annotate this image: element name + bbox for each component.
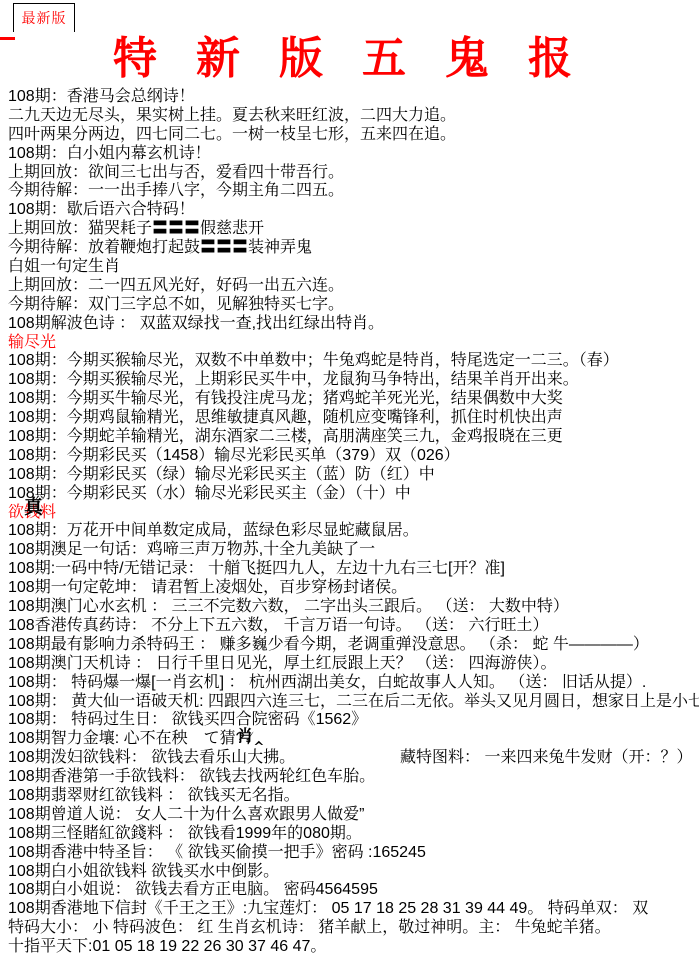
- text-line: 108期智力金壤: 心不在秧 て猜?冫: [8, 730, 261, 747]
- text-line: 108期：今期蛇羊输精光，湖东酒家二三楼，高朋满座笑三九，金鸡报晓在三更: [0, 428, 699, 447]
- text-line: 108期：今期买猴输尽光，上期彩民买牛中，龙鼠狗马争特出，结果羊肖开出来。: [0, 371, 699, 390]
- text-line: 108期澳门心水玄机 ： 三三不完数六数， 二字出头三跟后。 （送： 大数中特）: [0, 598, 699, 617]
- text-line-with-overlap: 108期智力金壤: 心不在秧 て猜?冫 肖‸: [0, 730, 699, 749]
- section-header-shujinguang: 输尽光: [0, 334, 699, 353]
- text-line: 108期：今期买牛输尽光，有钱投注虎马龙；猪鸡蛇羊死光光，结果偶数中大奖: [0, 390, 699, 409]
- text-line: 108期香港地下信封《千王之王》:九宝莲灯： 05 17 18 25 28 31…: [0, 900, 699, 919]
- text-line: 108期解波色诗 ： 双蓝双绿找一查,找出红绿出特肖。: [0, 315, 699, 334]
- text-line-left: 108期泼妇欲钱料： 欲钱去看乐山大拂。: [8, 749, 295, 766]
- text-line: 十指平天下:01 05 18 19 22 26 30 37 46 47。: [0, 938, 699, 957]
- overlapping-character: 肖‸: [237, 728, 265, 747]
- text-line: 二九天边无尽头，果实树上挂。夏去秋来旺红波，二四大力追。: [0, 107, 699, 126]
- section-header-yuqianliao: 欲钱料 真: [0, 504, 699, 523]
- overlapping-character: 真: [24, 499, 43, 518]
- text-line: 108期：万花开中间单数定成局，蓝绿色彩尽显蛇藏鼠居。: [0, 522, 699, 541]
- text-line: 108期香港第一手欲钱料： 欲钱去找两轮红色车胎。: [0, 768, 699, 787]
- text-line: 上期回放：猫哭耗子〓〓〓假慈悲开: [0, 220, 699, 239]
- text-line: 108期：今期彩民买（1458）输尽光彩民买单（379）双（026）: [0, 447, 699, 466]
- text-line: 上期回放：二一四五风光好，好码一出五六连。: [0, 277, 699, 296]
- latest-version-badge: 最新版: [13, 3, 75, 32]
- text-line: 今期待解：一一出手捧八字，今期主角二四五。: [0, 182, 699, 201]
- text-line: 108期：今期彩民买（水）输尽光彩民买主（金）（十）中: [0, 485, 699, 504]
- text-line: 108期曾道人说： 女人二十为什么喜欢跟男人做爱”: [0, 806, 699, 825]
- text-line: 108期：歇后语六合特码！: [0, 201, 699, 220]
- page-title: 特 新 版 五 鬼 报: [0, 34, 699, 84]
- text-line: 今期待解：放着鞭炮打起鼓〓〓〓装神弄鬼: [0, 239, 699, 258]
- text-line: 108期白小姐欲钱料 欲钱买水中倒影。: [0, 863, 699, 882]
- text-line: 108期：今期买猴输尽光，双数不中单数中；牛兔鸡蛇是特肖，特尾选定一二三。（春）: [0, 352, 699, 371]
- text-line: 108期：香港马会总纲诗！: [0, 88, 699, 107]
- text-line: 108香港传真药诗： 不分上下五六数， 千言万语一句诗。 （送： 六行旺土）: [0, 617, 699, 636]
- text-line: 108期三怪賭紅欲錢料 ： 欲钱看1999年的080期。: [0, 825, 699, 844]
- text-line: 108期：白小姐内幕玄机诗！: [0, 145, 699, 164]
- text-line-right: 藏特图料： 一来四来兔牛发财（开：？）: [400, 749, 692, 768]
- text-line: 108期翡翠财红欲钱料 ： 欲钱买无名指。: [0, 787, 699, 806]
- text-line: 特码大小： 小 特码波色： 红 生肖玄机诗： 猪羊献上，敬过神明。主： 牛兔蛇羊…: [0, 919, 699, 938]
- text-line: 四叶两果分两边，四七同二七。一树一枝呈七形，五来四在追。: [0, 126, 699, 145]
- text-line: 108期香港中特圣旨： 《 欲钱买偷摸一把手》密码 :165245: [0, 844, 699, 863]
- badge-label: 最新版: [22, 8, 67, 28]
- text-line: 上期回放：欲间三七出与否，爱看四十带吾行。: [0, 164, 699, 183]
- text-line: 108期白小姐说： 欲钱去看方正电脑。 密码4564595: [0, 881, 699, 900]
- text-line: 108期:一码中特/无错记录： 十艏飞挺四九人，左边十九右三七[开？准]: [0, 560, 699, 579]
- report-body: 108期：香港马会总纲诗！ 二九天边无尽头，果实树上挂。夏去秋来旺红波，二四大力…: [0, 88, 699, 957]
- text-line: 108期：今期鸡鼠输精光，思维敏捷真风趣，随机应变嘴锋利，抓住时机快出声: [0, 409, 699, 428]
- text-line: 108期最有影响力杀特码王 ： 赚多巍少看今期，老调重弹没意思。 （杀： 蛇 牛…: [0, 636, 699, 655]
- text-line: 108期澳门天机诗 ： 日行千里日见光，厚土红辰跟上天？ （送： 四海游侠）。: [0, 655, 699, 674]
- text-line: 108期： 特码爆一爆[一肖玄机] ： 杭州西湖出美女，白蛇故事人人知。 （送：…: [0, 674, 699, 693]
- text-line: 108期： 黄大仙一语破天机: 四跟四六连三七，二三在后二无依。举头又见月圆日，…: [0, 693, 699, 712]
- text-line: 108期一句定乾坤： 请君暂上凌烟处，百步穿杨封诸侯。: [0, 579, 699, 598]
- text-line: 108期：今期彩民买（绿）输尽光彩民买主（蓝）防（红）中: [0, 466, 699, 485]
- text-line: 白姐一句定生肖: [0, 258, 699, 277]
- text-line: 108期澳足一句话：鸡啼三声万物苏,十全九美缺了一: [0, 541, 699, 560]
- text-line: 108期： 特码过生日： 欲钱买四合院密码《1562》: [0, 711, 699, 730]
- text-line: 今期待解：双门三字总不如，见解独特买七字。: [0, 296, 699, 315]
- text-line-split: 108期泼妇欲钱料： 欲钱去看乐山大拂。 藏特图料： 一来四来兔牛发财（开：？）: [0, 749, 699, 768]
